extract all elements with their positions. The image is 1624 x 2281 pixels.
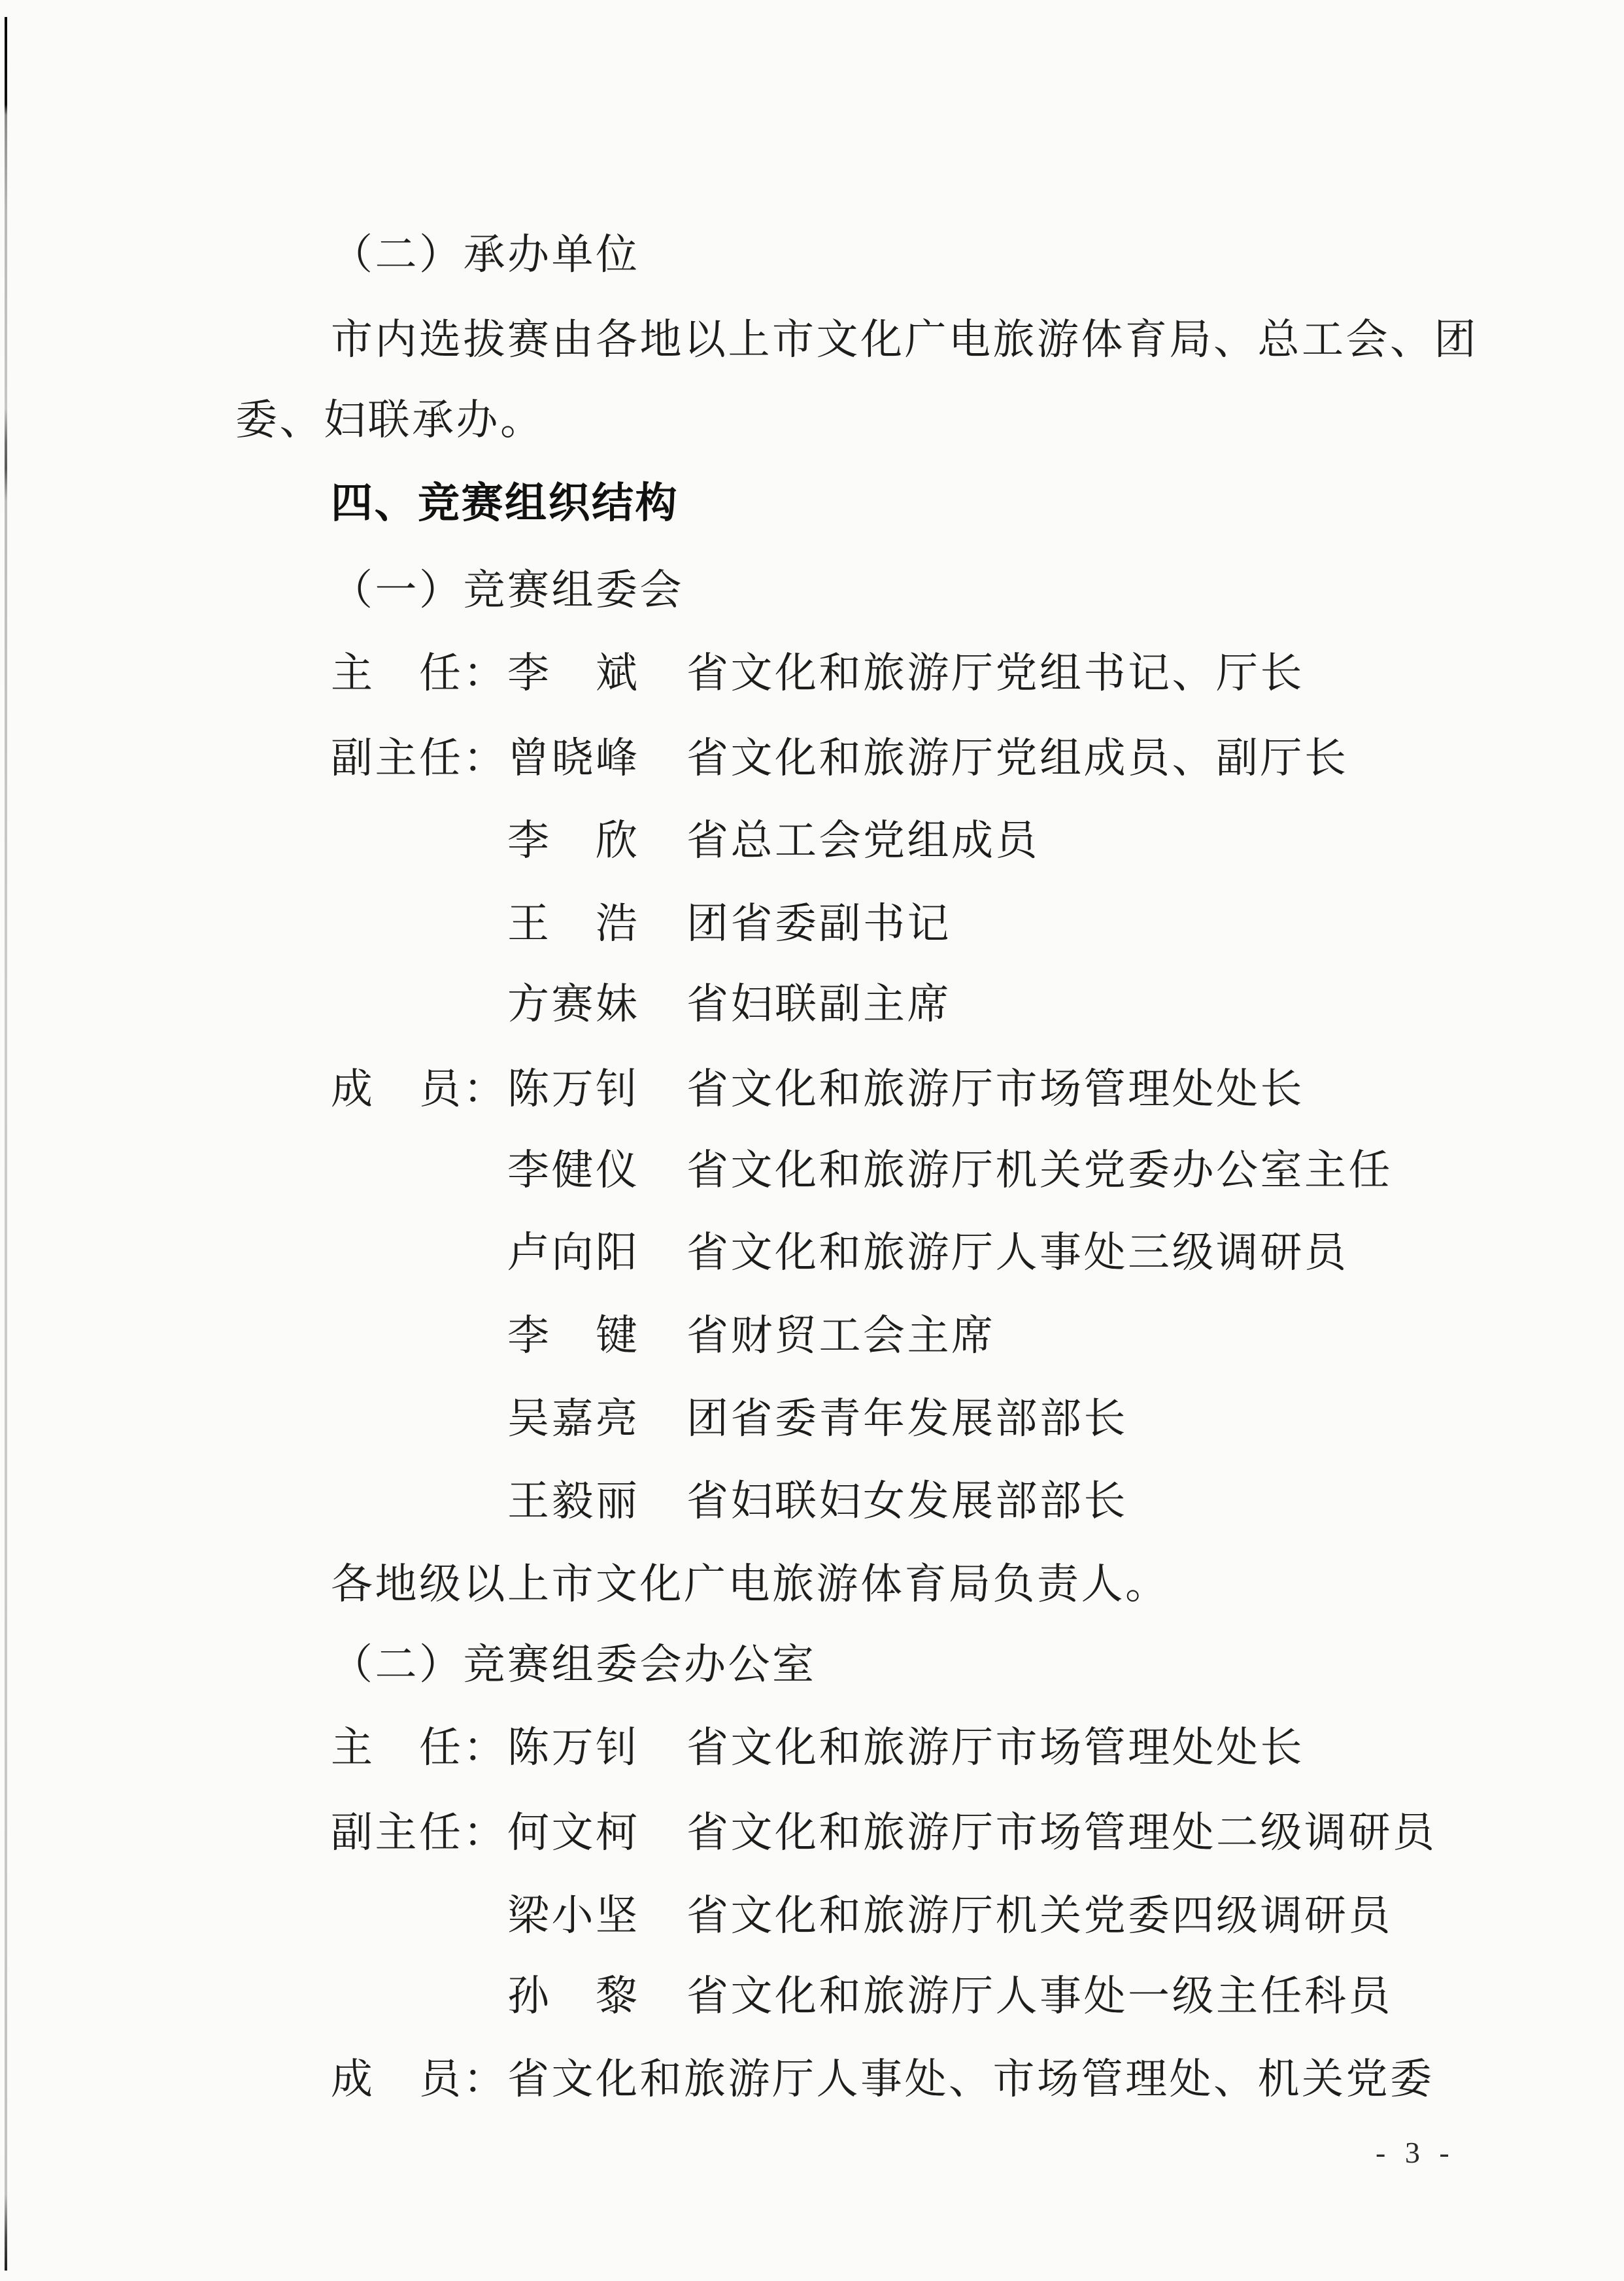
section-heading-4-structure: 四、竞赛组织结构 bbox=[0, 479, 1624, 528]
person-name: 李 欣 bbox=[507, 817, 640, 865]
person-name: 李健仪 bbox=[507, 1146, 640, 1195]
person-title: 省文化和旅游厅市场管理处处长 bbox=[686, 1724, 1304, 1772]
page-number-text: - 3 - bbox=[1376, 2136, 1455, 2169]
roster-row-members: 成 员： 省文化和旅游厅人事处、市场管理处、机关党委 bbox=[0, 2055, 1624, 2104]
subheading-text: （二）承办单位 bbox=[331, 231, 640, 279]
page-number: - 3 - bbox=[1376, 2136, 1455, 2170]
document-page: （二）承办单位 市内选拔赛由各地以上市文化广电旅游体育局、总工会、团 委、妇联承… bbox=[0, 0, 1624, 2281]
subheading-text: （一）竞赛组委会 bbox=[331, 566, 684, 615]
subheading-text: （二）竞赛组委会办公室 bbox=[331, 1641, 817, 1689]
subsection-heading-2-office: （二）竞赛组委会办公室 bbox=[0, 1641, 1624, 1689]
roster-row: 李 欣 省总工会党组成员 bbox=[0, 817, 1624, 865]
roster-row: 李 键 省财贸工会主席 bbox=[0, 1312, 1624, 1360]
person-name: 孙 黎 bbox=[507, 1972, 640, 2021]
roster-label: 主 任： bbox=[331, 1724, 507, 1772]
roster-row-director: 主 任： 陈万钊 省文化和旅游厅市场管理处处长 bbox=[0, 1724, 1624, 1772]
person-name: 何文柯 bbox=[507, 1809, 640, 1857]
person-name: 王 浩 bbox=[507, 900, 640, 948]
person-title: 省文化和旅游厅机关党委办公室主任 bbox=[686, 1146, 1393, 1195]
person-title: 省文化和旅游厅人事处三级调研员 bbox=[686, 1229, 1349, 1277]
person-title: 省文化和旅游厅人事处一级主任科员 bbox=[686, 1972, 1393, 2021]
roster-row: 李健仪 省文化和旅游厅机关党委办公室主任 bbox=[0, 1146, 1624, 1195]
person-name: 梁小坚 bbox=[507, 1892, 640, 1940]
person-title: 团省委副书记 bbox=[686, 900, 951, 948]
roster-row: 卢向阳 省文化和旅游厅人事处三级调研员 bbox=[0, 1229, 1624, 1277]
section-heading-2-organizers: （二）承办单位 bbox=[0, 231, 1624, 279]
roster-row: 王 浩 团省委副书记 bbox=[0, 900, 1624, 948]
person-title: 省文化和旅游厅党组成员、副厅长 bbox=[686, 734, 1349, 783]
heading-text: 四、竞赛组织结构 bbox=[331, 479, 679, 528]
roster-row: 方赛妹 省妇联副主席 bbox=[0, 980, 1624, 1029]
roster-label: 副主任： bbox=[331, 734, 507, 783]
roster-label: 主 任： bbox=[331, 649, 507, 698]
roster-row-deputy-director: 副主任： 何文柯 省文化和旅游厅市场管理处二级调研员 bbox=[0, 1809, 1624, 1857]
person-title: 省文化和旅游厅市场管理处二级调研员 bbox=[686, 1809, 1437, 1857]
roster-row: 梁小坚 省文化和旅游厅机关党委四级调研员 bbox=[0, 1892, 1624, 1940]
paragraph-text: 市内选拔赛由各地以上市文化广电旅游体育局、总工会、团 bbox=[331, 316, 1478, 364]
person-title: 省文化和旅游厅机关党委四级调研员 bbox=[686, 1892, 1393, 1940]
roster-row-director: 主 任： 李 斌 省文化和旅游厅党组书记、厅长 bbox=[0, 649, 1624, 698]
roster-row-deputy-director: 副主任： 曾晓峰 省文化和旅游厅党组成员、副厅长 bbox=[0, 734, 1624, 783]
person-title: 省文化和旅游厅党组书记、厅长 bbox=[686, 649, 1304, 698]
person-title: 省财贸工会主席 bbox=[686, 1312, 996, 1360]
subsection-heading-1-committee: （一）竞赛组委会 bbox=[0, 566, 1624, 615]
person-title: 省妇联副主席 bbox=[686, 980, 951, 1029]
roster-run-on-text: 省文化和旅游厅人事处、市场管理处、机关党委 bbox=[507, 2055, 1434, 2104]
paragraph-text: 委、妇联承办。 bbox=[235, 396, 545, 445]
person-title: 省文化和旅游厅市场管理处处长 bbox=[686, 1065, 1304, 1114]
roster-row-members: 成 员： 陈万钊 省文化和旅游厅市场管理处处长 bbox=[0, 1065, 1624, 1114]
roster-row: 王毅丽 省妇联妇女发展部部长 bbox=[0, 1477, 1624, 1526]
person-name: 吴嘉亮 bbox=[507, 1395, 640, 1443]
roster-row: 吴嘉亮 团省委青年发展部部长 bbox=[0, 1395, 1624, 1443]
roster-row: 孙 黎 省文化和旅游厅人事处一级主任科员 bbox=[0, 1972, 1624, 2021]
paragraph-line: 各地级以上市文化广电旅游体育局负责人。 bbox=[0, 1560, 1624, 1609]
person-title: 省妇联妇女发展部部长 bbox=[686, 1477, 1128, 1526]
person-name: 陈万钊 bbox=[507, 1065, 640, 1114]
roster-label: 成 员： bbox=[331, 2055, 507, 2104]
person-name: 陈万钊 bbox=[507, 1724, 640, 1772]
person-name: 李 键 bbox=[507, 1312, 640, 1360]
person-name: 曾晓峰 bbox=[507, 734, 640, 783]
person-title: 团省委青年发展部部长 bbox=[686, 1395, 1128, 1443]
person-name: 李 斌 bbox=[507, 649, 640, 698]
person-title: 省总工会党组成员 bbox=[686, 817, 1040, 865]
person-name: 方赛妹 bbox=[507, 980, 640, 1029]
paragraph-text: 各地级以上市文化广电旅游体育局负责人。 bbox=[331, 1560, 1170, 1609]
roster-label: 副主任： bbox=[331, 1809, 507, 1857]
paragraph-line: 市内选拔赛由各地以上市文化广电旅游体育局、总工会、团 bbox=[0, 316, 1624, 364]
paragraph-line: 委、妇联承办。 bbox=[0, 396, 1624, 445]
person-name: 卢向阳 bbox=[507, 1229, 640, 1277]
roster-label: 成 员： bbox=[331, 1065, 507, 1114]
person-name: 王毅丽 bbox=[507, 1477, 640, 1526]
